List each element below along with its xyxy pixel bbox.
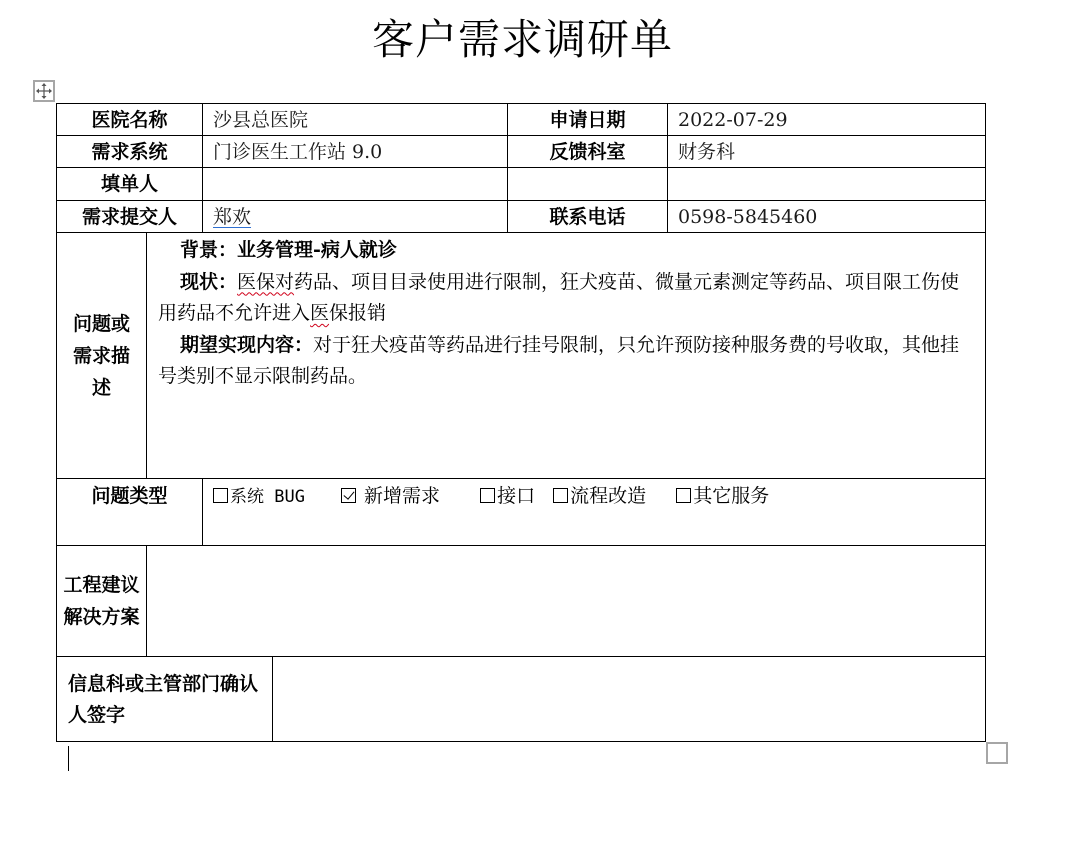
problem-type-label: 问题类型 — [56, 478, 203, 546]
phone-label: 联系电话 — [507, 200, 668, 233]
status-line: 现状：医保对药品、项目目录使用进行限制，狂犬疫苗、微量元素测定等药品、项目限工伤… — [158, 267, 977, 330]
engineering-solution-field[interactable] — [146, 545, 986, 657]
option-system-bug[interactable]: 系统 BUG — [213, 480, 305, 513]
apply-date-field[interactable]: 2022-07-29 — [667, 103, 986, 136]
feedback-dept-field[interactable]: 财务科 — [667, 135, 986, 168]
submitter-name: 郑欢 — [213, 206, 251, 228]
option-process-change[interactable]: 流程改造 — [553, 480, 646, 512]
background-line: 背景：业务管理-病人就诊 — [158, 235, 977, 267]
empty-label-cell[interactable] — [507, 167, 668, 201]
checkbox-unchecked-icon[interactable] — [480, 488, 495, 503]
document-title: 客户需求调研单 — [0, 12, 1045, 68]
checkbox-unchecked-icon[interactable] — [676, 488, 691, 503]
filler-field[interactable] — [202, 167, 508, 201]
description-field[interactable]: 背景：业务管理-病人就诊 现状：医保对药品、项目目录使用进行限制，狂犬疫苗、微量… — [146, 232, 986, 479]
feedback-dept-label: 反馈科室 — [507, 135, 668, 168]
submitter-field[interactable]: 郑欢 — [202, 200, 508, 233]
engineering-solution-label: 工程建议解决方案 — [56, 545, 147, 657]
status-label: 现状： — [180, 271, 237, 293]
hospital-name-label: 医院名称 — [56, 103, 203, 136]
table-move-handle[interactable] — [33, 80, 55, 102]
expected-line: 期望实现内容：对于狂犬疫苗等药品进行挂号限制，只允许预防接种服务费的号收取，其他… — [158, 330, 977, 393]
expected-label: 期望实现内容： — [180, 334, 313, 356]
status-text-end: 保报销 — [329, 302, 386, 324]
engineering-solution-label-text: 工程建议解决方案 — [63, 569, 140, 633]
table-resize-handle[interactable] — [986, 742, 1008, 764]
signature-field[interactable] — [272, 656, 986, 742]
checkbox-unchecked-icon[interactable] — [553, 488, 568, 503]
option-other-service[interactable]: 其它服务 — [676, 480, 769, 512]
submitter-label: 需求提交人 — [56, 200, 203, 233]
system-field[interactable]: 门诊医生工作站 9.0 — [202, 135, 508, 168]
spellcheck-flag: 医保对 — [237, 271, 294, 293]
checkbox-checked-icon[interactable] — [341, 488, 356, 503]
spellcheck-flag: 医 — [310, 302, 329, 324]
description-label-text: 问题或需求描述 — [65, 308, 138, 404]
hospital-name-field[interactable]: 沙县总医院 — [202, 103, 508, 136]
background-value: 业务管理-病人就诊 — [237, 239, 397, 261]
description-label: 问题或需求描述 — [56, 232, 147, 479]
empty-value-cell[interactable] — [667, 167, 986, 201]
problem-type-options: 系统 BUG 新增需求 接口 流程改造 其它服务 — [202, 478, 986, 546]
system-label: 需求系统 — [56, 135, 203, 168]
option-new-requirement[interactable]: 新增需求 — [341, 480, 440, 512]
filler-label: 填单人 — [56, 167, 203, 201]
option-interface[interactable]: 接口 — [480, 480, 535, 512]
signature-label: 信息科或主管部门确认人签字 — [56, 656, 273, 742]
apply-date-label: 申请日期 — [507, 103, 668, 136]
document-page: 客户需求调研单 医院名称 沙县总医院 申请日期 2022-07-29 需求系统 … — [0, 0, 1065, 868]
move-arrows-icon — [36, 83, 52, 99]
checkbox-unchecked-icon[interactable] — [213, 488, 228, 503]
text-cursor — [68, 746, 69, 771]
background-label: 背景： — [180, 239, 237, 261]
phone-field[interactable]: 0598-5845460 — [667, 200, 986, 233]
